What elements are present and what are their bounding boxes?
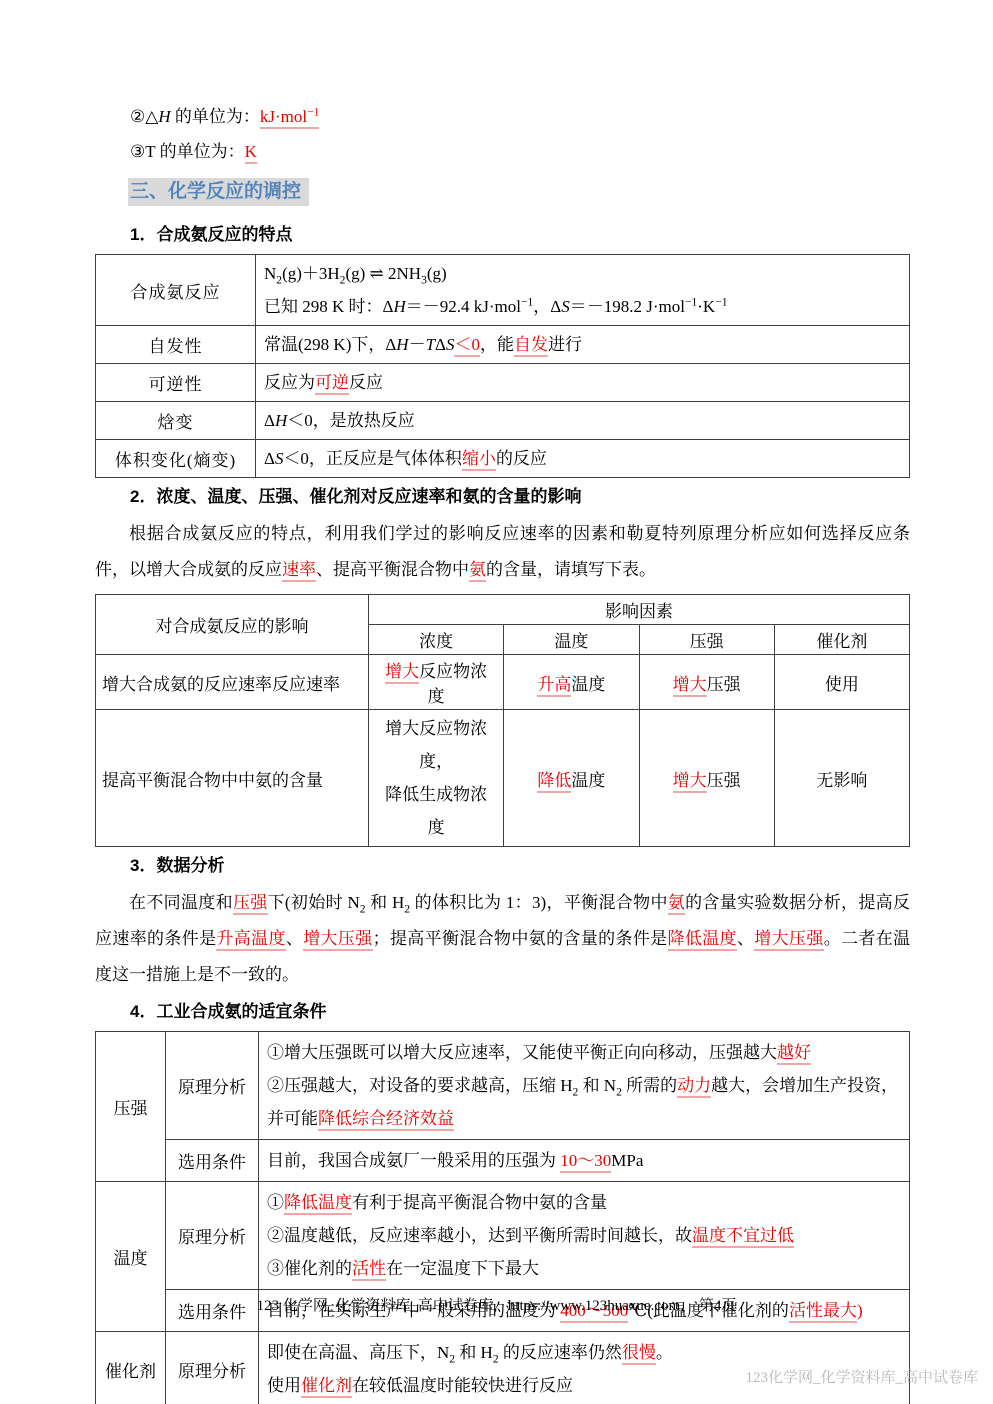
analysis-label: 原理分析 bbox=[166, 1032, 259, 1140]
feature-content: 常温(298 K)下，ΔH－TΔS＜0，能自发进行 bbox=[256, 326, 910, 364]
condition-name-catalyst: 催化剂 bbox=[96, 1332, 166, 1404]
feature-label: 体积变化(熵变) bbox=[96, 440, 256, 478]
row-label: 增大合成氨的反应速率反应速率 bbox=[96, 655, 369, 710]
page-footer: 123 化学网_化学资料库_高中试卷库，https://www.123huaxu… bbox=[0, 1294, 993, 1315]
condition-label: 选用条件 bbox=[166, 1140, 259, 1182]
sec2-paragraph: 根据合成氨反应的特点，利用我们学过的影响反应速率的因素和勒夏特列原理分析应如何选… bbox=[95, 516, 910, 588]
sec2-title: 2．浓度、温度、压强、催化剂对反应速率和氨的含量的影响 bbox=[130, 486, 910, 508]
table-influence-factors: 对合成氨反应的影响 影响因素 浓度 温度 压强 催化剂 增大合成氨的反应速率反应… bbox=[95, 594, 910, 847]
feature-label: 自发性 bbox=[96, 326, 256, 364]
feature-content: ΔH＜0，是放热反应 bbox=[256, 402, 910, 440]
factor-cell: 增大压强 bbox=[639, 710, 774, 847]
table-row: 可逆性 反应为可逆反应 bbox=[96, 364, 910, 402]
table-row: 选用条件 目前，我国合成氨厂一般采用的压强为 10～30MPa bbox=[96, 1140, 910, 1182]
factor-cell: 增大压强 bbox=[639, 655, 774, 710]
feature-label: 焓变 bbox=[96, 402, 256, 440]
condition-content: 目前，我国合成氨厂一般采用的压强为 10～30MPa bbox=[259, 1140, 910, 1182]
table-row: 对合成氨反应的影响 影响因素 bbox=[96, 595, 910, 625]
table-row: 自发性 常温(298 K)下，ΔH－TΔS＜0，能自发进行 bbox=[96, 326, 910, 364]
analysis-label: 原理分析 bbox=[166, 1332, 259, 1404]
corner-header: 对合成氨反应的影响 bbox=[96, 595, 369, 655]
feature-content: ΔS＜0，正反应是气体体积缩小的反应 bbox=[256, 440, 910, 478]
table-industrial-conditions: 压强 原理分析 ①增大压强既可以增大反应速率，又能使平衡正向向移动，压强越大越好… bbox=[95, 1031, 910, 1404]
feature-label: 可逆性 bbox=[96, 364, 256, 402]
factor-cell: 升高温度 bbox=[504, 655, 639, 710]
table-row: 焓变 ΔH＜0，是放热反应 bbox=[96, 402, 910, 440]
col-header-pressure: 压强 bbox=[639, 625, 774, 655]
table-row: 体积变化(熵变) ΔS＜0，正反应是气体体积缩小的反应 bbox=[96, 440, 910, 478]
condition-name-pressure: 压强 bbox=[96, 1032, 166, 1182]
feature-content: N2(g)＋3H2(g) ⇌ 2NH3(g)已知 298 K 时：ΔH＝－92.… bbox=[256, 255, 910, 326]
feature-label: 合成氨反应 bbox=[96, 255, 256, 326]
factor-cell: 使用 bbox=[774, 655, 909, 710]
unit-line-temperature: ③T 的单位为：K bbox=[130, 141, 910, 163]
document-page: ②△H 的单位为：kJ·mol−1 ③T 的单位为：K 三、化学反应的调控 1．… bbox=[0, 0, 993, 1404]
table-row: 提高平衡混合物中中氨的含量 增大反应物浓度， 降低生成物浓度 降低温度 增大压强… bbox=[96, 710, 910, 847]
watermark: 123化学网_化学资料库_高中试卷库 bbox=[745, 1366, 978, 1387]
table-row: 温度 原理分析 ①降低温度有利于提高平衡混合物中氨的含量②温度越低，反应速率越小… bbox=[96, 1182, 910, 1290]
factor-cell: 降低温度 bbox=[504, 710, 639, 847]
col-header-concentration: 浓度 bbox=[369, 625, 504, 655]
analysis-label: 原理分析 bbox=[166, 1182, 259, 1290]
sec3-title: 3．数据分析 bbox=[130, 855, 910, 877]
group-header: 影响因素 bbox=[369, 595, 910, 625]
factor-cell: 无影响 bbox=[774, 710, 909, 847]
table-row: 合成氨反应 N2(g)＋3H2(g) ⇌ 2NH3(g)已知 298 K 时：Δ… bbox=[96, 255, 910, 326]
table-row: 增大合成氨的反应速率反应速率 增大反应物浓度 升高温度 增大压强 使用 bbox=[96, 655, 910, 710]
analysis-content: ①增大压强既可以增大反应速率，又能使平衡正向向移动，压强越大越好②压强越大，对设… bbox=[259, 1032, 910, 1140]
col-header-catalyst: 催化剂 bbox=[774, 625, 909, 655]
sec3-paragraph: 在不同温度和压强下(初始时 N2 和 H2 的体积比为 1：3)，平衡混合物中氨… bbox=[95, 885, 910, 993]
section-heading-regulation: 三、化学反应的调控 bbox=[128, 178, 309, 206]
analysis-content: ①降低温度有利于提高平衡混合物中氨的含量②温度越低，反应速率越小，达到平衡所需时… bbox=[259, 1182, 910, 1290]
table-row: 压强 原理分析 ①增大压强既可以增大反应速率，又能使平衡正向向移动，压强越大越好… bbox=[96, 1032, 910, 1140]
col-header-temperature: 温度 bbox=[504, 625, 639, 655]
feature-content: 反应为可逆反应 bbox=[256, 364, 910, 402]
row-label: 提高平衡混合物中中氨的含量 bbox=[96, 710, 369, 847]
factor-cell: 增大反应物浓度 bbox=[369, 655, 504, 710]
unit-line-delta-h: ②△H 的单位为：kJ·mol−1 bbox=[130, 106, 910, 128]
table-ammonia-reaction-features: 合成氨反应 N2(g)＋3H2(g) ⇌ 2NH3(g)已知 298 K 时：Δ… bbox=[95, 254, 910, 478]
sec1-title: 1．合成氨反应的特点 bbox=[130, 224, 910, 246]
factor-cell: 增大反应物浓度， 降低生成物浓度 bbox=[369, 710, 504, 847]
sec4-title: 4．工业合成氨的适宜条件 bbox=[130, 1001, 910, 1023]
